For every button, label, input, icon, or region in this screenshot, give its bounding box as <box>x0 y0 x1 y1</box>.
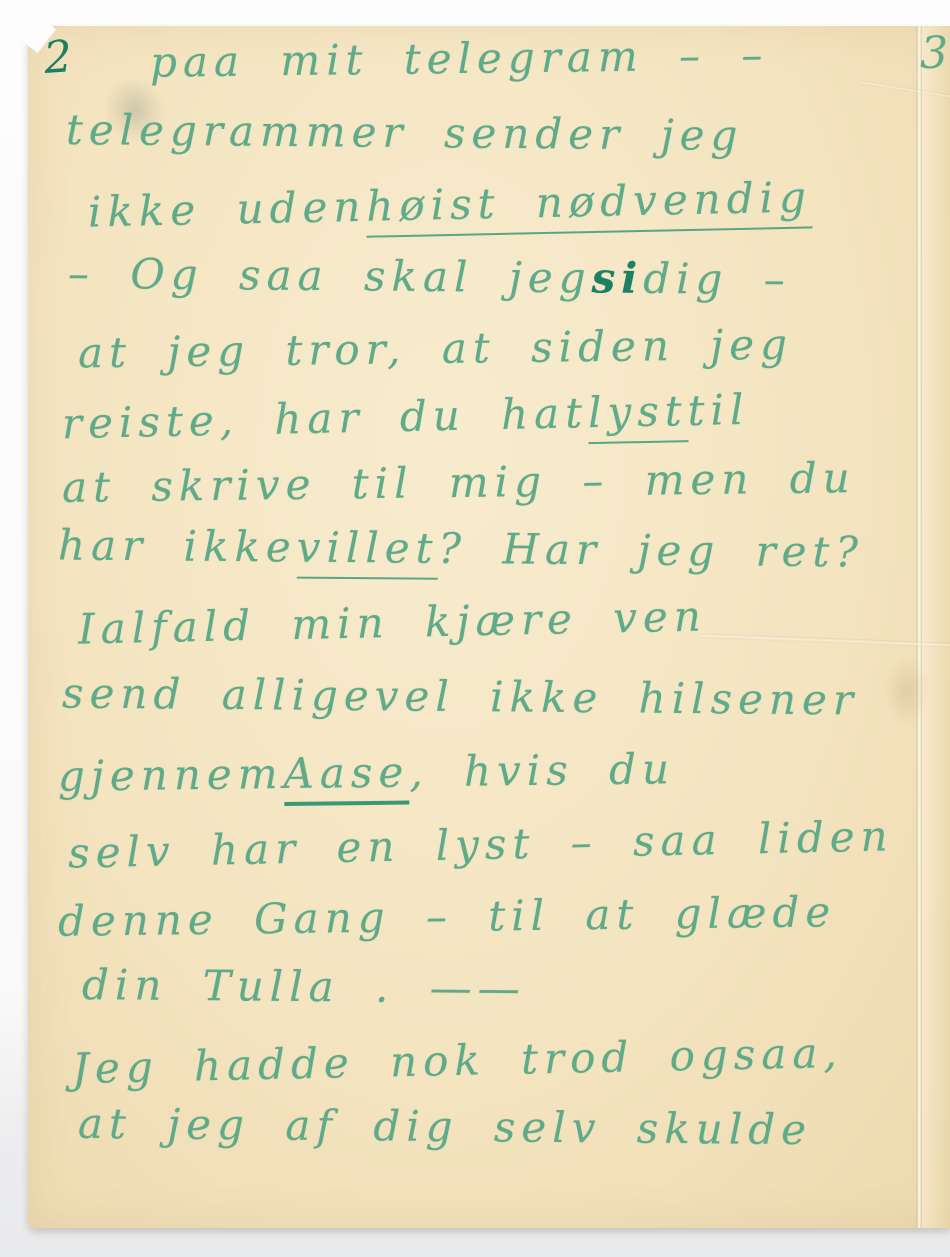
handwriting-text: paa mit telegram – –telegrammer sender j… <box>0 0 950 1257</box>
handwriting-segment: dig – <box>643 254 791 304</box>
handwriting-line: Ialfald min kjære ven <box>78 591 708 653</box>
handwriting-segment: si <box>591 253 643 302</box>
handwriting-segment: selv har en lyst – saa liden <box>68 811 894 877</box>
underlined-word: høist nødvendig <box>366 172 813 237</box>
handwriting-segment: at skrive til mig – men du <box>62 453 856 512</box>
handwriting-segment: gjennem <box>58 749 284 801</box>
handwriting-segment: at jeg tror, at siden jeg <box>78 320 793 378</box>
handwriting-segment: til <box>687 385 750 435</box>
underlined-word: Aase <box>283 747 409 806</box>
handwriting-line: telegrammer sender jeg <box>66 105 744 160</box>
handwriting-segment: at jeg af dig selv skulde <box>78 1099 812 1154</box>
handwriting-line: at jeg tror, at siden jeg <box>78 320 793 378</box>
handwriting-segment: denne Gang – til at glæde <box>58 887 837 946</box>
handwriting-segment: reiste, har du hat <box>61 388 588 448</box>
handwriting-segment: Jeg hadde nok trod ogsaa, <box>72 1028 844 1093</box>
handwriting-line: at jeg af dig selv skulde <box>78 1099 812 1154</box>
handwriting-line: gjennem Aase, hvis du <box>58 744 676 809</box>
handwriting-line: send alligevel ikke hilsener <box>62 669 859 725</box>
handwriting-segment: – Og saa skal jeg <box>68 249 592 303</box>
handwriting-line: ikke uden høist nødvendig <box>87 172 812 243</box>
handwriting-line: at skrive til mig – men du <box>62 453 856 512</box>
handwriting-segment: ? Har jeg ret? <box>438 524 864 577</box>
handwriting-line: denne Gang – til at glæde <box>58 887 837 946</box>
handwriting-line: reiste, har du hat lyst til <box>61 385 749 455</box>
handwriting-line: paa mit telegram – – <box>150 30 769 87</box>
handwriting-segment: har ikke <box>58 520 297 571</box>
handwriting-segment: din Tulla . —— <box>82 960 526 1013</box>
handwriting-segment: send alligevel ikke hilsener <box>62 669 859 725</box>
handwriting-line: Jeg hadde nok trod ogsaa, <box>72 1028 844 1093</box>
handwriting-segment: paa mit telegram – – <box>150 30 769 87</box>
handwriting-segment: ikke uden <box>87 182 366 237</box>
handwriting-segment: telegrammer sender jeg <box>66 105 744 160</box>
handwriting-segment: , hvis du <box>409 744 675 796</box>
handwriting-segment: Ialfald min kjære ven <box>78 591 708 653</box>
handwriting-line: din Tulla . —— <box>82 960 526 1013</box>
handwriting-line: – Og saa skal jeg si dig – <box>68 249 791 304</box>
handwriting-line: har ikke villet? Har jeg ret? <box>58 520 864 583</box>
document-scan: 2 3 paa mit telegram – –telegrammer send… <box>0 0 950 1257</box>
underlined-word: villet <box>296 523 438 580</box>
handwriting-line: selv har en lyst – saa liden <box>68 811 894 877</box>
underlined-word: lyst <box>587 386 688 444</box>
